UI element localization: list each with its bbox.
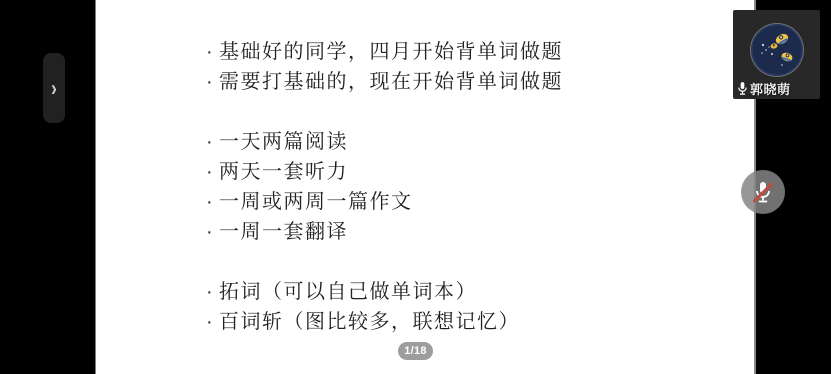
slide-line: ·百词斩（图比较多，联想记忆）	[206, 307, 726, 337]
participant-name: 郭晓萌	[750, 79, 791, 98]
bullet-dot: ·	[206, 217, 219, 247]
slide-line-text: 一周或两周一篇作文	[219, 191, 413, 213]
slide-line: ·拓词（可以自己做单词本）	[206, 277, 726, 307]
slide-line-text: 一天两篇阅读	[219, 131, 348, 153]
slide-line: ·一天两篇阅读	[206, 127, 726, 157]
slide-line: ·一周或两周一篇作文	[206, 187, 726, 217]
slide-line-text: 两天一套听力	[219, 161, 348, 183]
slide-line: ·需要打基础的，现在开始背单词做题	[206, 67, 726, 97]
slide-line: ·两天一套听力	[206, 157, 726, 187]
bullet-dot: ·	[206, 277, 219, 307]
mic-icon	[737, 81, 748, 96]
participant-name-row: 郭晓萌	[737, 80, 791, 96]
slide-line-spacer	[206, 247, 726, 277]
participant-avatar	[751, 24, 803, 76]
mute-microphone-button[interactable]	[741, 170, 785, 214]
bullet-dot: ·	[206, 67, 219, 97]
bullet-dot: ·	[206, 307, 219, 337]
bullet-dot: ·	[206, 157, 219, 187]
meeting-screen: ·基础好的同学，四月开始背单词做题 ·需要打基础的，现在开始背单词做题 ·一天两…	[0, 0, 831, 374]
expand-sidebar-button[interactable]: ›	[43, 53, 65, 123]
bullet-dot: ·	[206, 37, 219, 67]
slide-line-text: 拓词（可以自己做单词本）	[219, 281, 477, 303]
bullet-dot: ·	[206, 127, 219, 157]
slide-line-spacer	[206, 97, 726, 127]
bullet-dot: ·	[206, 187, 219, 217]
slide-line-text: 基础好的同学，四月开始背单词做题	[219, 41, 563, 63]
chevron-right-icon: ›	[51, 77, 57, 99]
page-indicator: 1/18	[398, 342, 433, 360]
slide-text-block: ·基础好的同学，四月开始背单词做题 ·需要打基础的，现在开始背单词做题 ·一天两…	[206, 37, 726, 337]
minions-avatar-image	[751, 24, 803, 76]
slide-line-text: 一周一套翻译	[219, 221, 348, 243]
slide-line: ·基础好的同学，四月开始背单词做题	[206, 37, 726, 67]
slide-line-text: 百词斩（图比较多，联想记忆）	[219, 311, 520, 333]
slide-line-text: 需要打基础的，现在开始背单词做题	[219, 71, 563, 93]
slide-line: ·一周一套翻译	[206, 217, 726, 247]
participant-video-tile[interactable]: 郭晓萌	[733, 10, 820, 99]
shared-slide: ·基础好的同学，四月开始背单词做题 ·需要打基础的，现在开始背单词做题 ·一天两…	[95, 0, 756, 374]
